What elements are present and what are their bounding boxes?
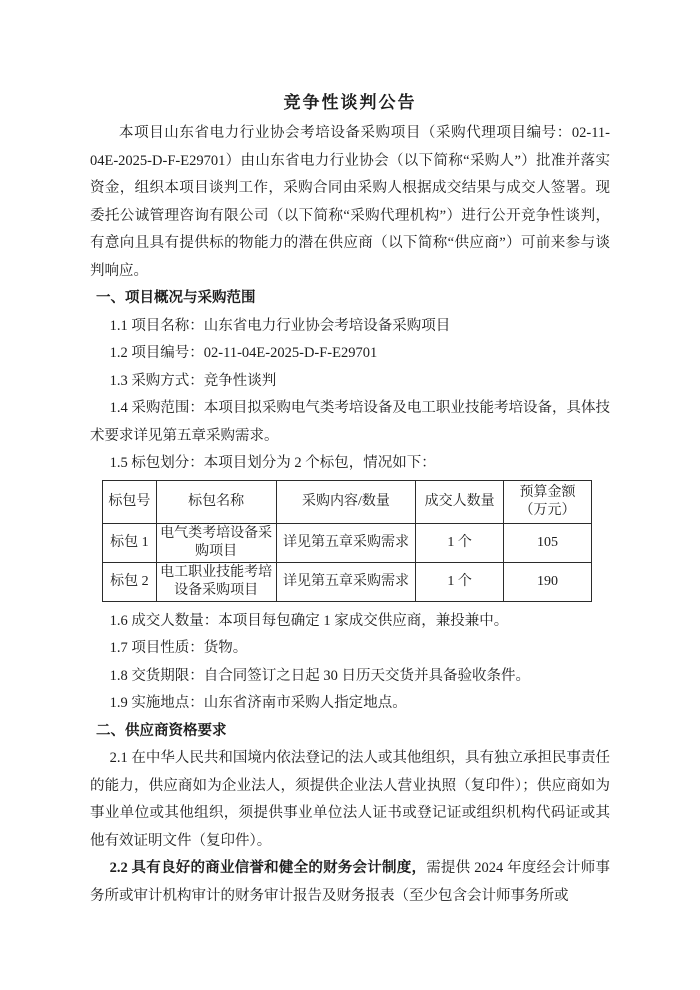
lot-2-budget: 190 [503,562,591,601]
lot-table: 标包号 标包名称 采购内容/数量 成交人数量 预算金额（万元） 标包 1 电气类… [102,480,592,602]
page-title: 竞争性谈判公告 [90,88,610,118]
lot-1-number: 标包 1 [103,523,157,562]
item-1-9: 1.9 实施地点：山东省济南市采购人指定地点。 [90,690,610,718]
header-budget: 预算金额（万元） [503,480,591,523]
lot-1-name: 电气类考培设备采购项目 [156,523,276,562]
table-row-lot-2: 标包 2 电工职业技能考培设备采购项目 详见第五章采购需求 1 个 190 [103,562,592,601]
item-2-2-bold-lead: 2.2 具有良好的商业信誉和健全的财务会计制度， [110,860,427,876]
header-procurement-content: 采购内容/数量 [276,480,416,523]
item-1-4: 1.4 采购范围：本项目拟采购电气类考培设备及电工职业技能考培设备，具体技术要求… [90,395,610,450]
document-page: 竞争性谈判公告 本项目山东省电力行业协会考培设备采购项目（采购代理项目编号：02… [0,0,700,990]
section-2-heading: 二、供应商资格要求 [90,718,610,746]
lot-2-number: 标包 2 [103,562,157,601]
document-content: 竞争性谈判公告 本项目山东省电力行业协会考培设备采购项目（采购代理项目编号：02… [0,0,700,910]
header-winner-count: 成交人数量 [416,480,504,523]
item-2-2: 2.2 具有良好的商业信誉和健全的财务会计制度，需提供 2024 年度经会计师事… [90,855,610,910]
lot-1-winner-count: 1 个 [416,523,504,562]
item-1-7: 1.7 项目性质：货物。 [90,635,610,663]
intro-paragraph: 本项目山东省电力行业协会考培设备采购项目（采购代理项目编号：02-11-04E-… [90,120,610,285]
item-1-5: 1.5 标包划分：本项目划分为 2 个标包，情况如下： [90,450,610,478]
table-row-lot-1: 标包 1 电气类考培设备采购项目 详见第五章采购需求 1 个 105 [103,523,592,562]
lot-1-budget: 105 [503,523,591,562]
item-1-8: 1.8 交货期限：自合同签订之日起 30 日历天交货并具备验收条件。 [90,663,610,691]
lot-2-content: 详见第五章采购需求 [276,562,416,601]
item-1-2: 1.2 项目编号：02-11-04E-2025-D-F-E29701 [90,340,610,368]
item-1-6: 1.6 成交人数量：本项目每包确定 1 家成交供应商，兼投兼中。 [90,608,610,636]
header-lot-name: 标包名称 [156,480,276,523]
item-1-1: 1.1 项目名称：山东省电力行业协会考培设备采购项目 [90,313,610,341]
lot-2-winner-count: 1 个 [416,562,504,601]
lot-table-header-row: 标包号 标包名称 采购内容/数量 成交人数量 预算金额（万元） [103,480,592,523]
lot-2-name: 电工职业技能考培设备采购项目 [156,562,276,601]
header-lot-number: 标包号 [103,480,157,523]
item-2-1: 2.1 在中华人民共和国境内依法登记的法人或其他组织，具有独立承担民事责任的能力… [90,745,610,855]
lot-1-content: 详见第五章采购需求 [276,523,416,562]
section-1-heading: 一、项目概况与采购范围 [90,285,610,313]
item-1-3: 1.3 采购方式：竞争性谈判 [90,368,610,396]
